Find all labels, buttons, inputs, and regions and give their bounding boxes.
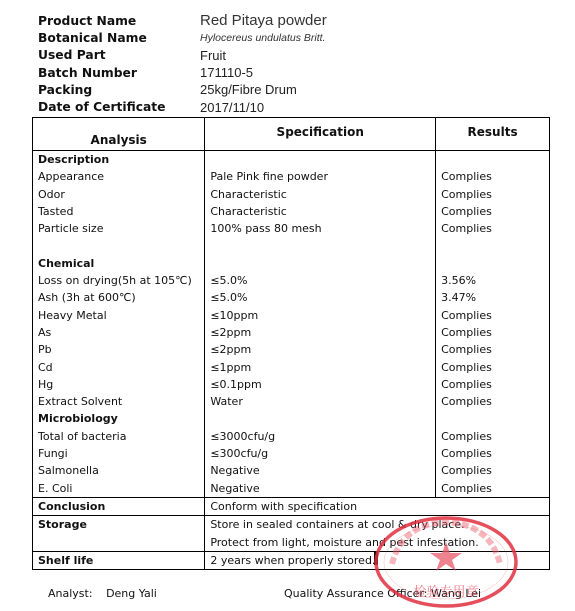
- table-row: TastedCharacteristicComplies: [33, 203, 550, 220]
- analysis-cell: As: [33, 324, 205, 341]
- table-row: SalmonellaNegativeComplies: [33, 462, 550, 479]
- botanical-name-row: Botanical Name Hylocereus undulatus Brit…: [38, 29, 327, 46]
- section-title: Chemical: [33, 255, 205, 272]
- result-cell: 3.47%: [436, 289, 550, 306]
- analysis-cell: Cd: [33, 359, 205, 376]
- botanical-name-value: Hylocereus undulatus Britt.: [200, 32, 325, 44]
- analysis-cell: Pb: [33, 341, 205, 358]
- result-cell: Complies: [436, 445, 550, 462]
- section-title: Microbiology: [33, 410, 205, 427]
- spec-cell: ≤5.0%: [205, 272, 436, 289]
- conclusion-value: Conform with specification: [205, 497, 550, 515]
- analysis-cell: Odor: [33, 186, 205, 203]
- table-row: Heavy Metal≤10ppmComplies: [33, 307, 550, 324]
- analysis-table: Analysis Specification Results Descripti…: [32, 117, 550, 570]
- result-cell: Complies: [436, 168, 550, 185]
- storage-line-2: Protect from light, moisture and pest in…: [210, 534, 549, 551]
- conclusion-row: Conclusion Conform with specification: [33, 497, 550, 515]
- spec-cell: ≤2ppm: [205, 324, 436, 341]
- shelf-life-label: Shelf life: [33, 551, 205, 569]
- result-cell: Complies: [436, 359, 550, 376]
- spec-cell: ≤1ppm: [205, 359, 436, 376]
- spec-cell: ≤5.0%: [205, 289, 436, 306]
- storage-row: Storage Store in sealed containers at co…: [33, 516, 550, 552]
- analysis-cell: Heavy Metal: [33, 307, 205, 324]
- packing-row: Packing 25kg/Fibre Drum: [38, 81, 327, 98]
- product-name-row: Product Name Red Pitaya powder: [38, 12, 327, 29]
- result-cell: Complies: [436, 307, 550, 324]
- table-row: Fungi≤300cfu/gComplies: [33, 445, 550, 462]
- used-part-label: Used Part: [38, 48, 200, 62]
- table-row: Cd≤1ppmComplies: [33, 359, 550, 376]
- result-cell: Complies: [436, 186, 550, 203]
- section-microbiology: Microbiology: [33, 410, 550, 427]
- table-row: As≤2ppmComplies: [33, 324, 550, 341]
- analyst-label: Analyst:: [48, 587, 93, 600]
- storage-line-1: Store in sealed containers at cool & dry…: [210, 516, 549, 533]
- table-row: Hg≤0.1ppmComplies: [33, 376, 550, 393]
- table-row: Pb≤2ppmComplies: [33, 341, 550, 358]
- date-value: 2017/11/10: [200, 100, 264, 115]
- date-label: Date of Certificate: [38, 100, 200, 114]
- spec-cell: ≤0.1ppm: [205, 376, 436, 393]
- analysis-cell: Hg: [33, 376, 205, 393]
- table-row: Loss on drying(5h at 105℃)≤5.0%3.56%: [33, 272, 550, 289]
- section-title: Description: [33, 151, 205, 169]
- spec-cell: ≤2ppm: [205, 341, 436, 358]
- date-row: Date of Certificate 2017/11/10: [38, 98, 327, 115]
- spec-cell: ≤10ppm: [205, 307, 436, 324]
- table-row: AppearancePale Pink fine powderComplies: [33, 168, 550, 185]
- table-row: Total of bacteria≤3000cfu/gComplies: [33, 428, 550, 445]
- analysis-cell: Ash (3h at 600℃): [33, 289, 205, 306]
- conclusion-label: Conclusion: [33, 497, 205, 515]
- table-row: E. ColiNegativeComplies: [33, 480, 550, 498]
- product-name-label: Product Name: [38, 14, 200, 28]
- result-cell: Complies: [436, 341, 550, 358]
- text-cursor: [374, 551, 378, 565]
- packing-label: Packing: [38, 83, 200, 97]
- result-cell: Complies: [436, 393, 550, 410]
- analysis-cell: Loss on drying(5h at 105℃): [33, 272, 205, 289]
- storage-label: Storage: [33, 516, 205, 552]
- column-header-results: Results: [436, 118, 550, 151]
- qa-label: Quality Assurance Officer:: [284, 587, 427, 600]
- spec-cell: Pale Pink fine powder: [205, 168, 436, 185]
- result-cell: Complies: [436, 203, 550, 220]
- spec-cell: Water: [205, 393, 436, 410]
- section-description: Description: [33, 151, 550, 169]
- analysis-cell: Extract Solvent: [33, 393, 205, 410]
- batch-number-label: Batch Number: [38, 66, 200, 80]
- analysis-cell: Tasted: [33, 203, 205, 220]
- table-row: Extract SolventWaterComplies: [33, 393, 550, 410]
- table-row: Particle size100% pass 80 meshComplies: [33, 220, 550, 237]
- analysis-cell: Particle size: [33, 220, 205, 237]
- qa-signature: Quality Assurance Officer: Wang Lei: [284, 587, 481, 600]
- column-header-analysis: Analysis: [33, 118, 205, 151]
- botanical-name-label: Botanical Name: [38, 31, 200, 45]
- result-cell: Complies: [436, 324, 550, 341]
- packing-value: 25kg/Fibre Drum: [200, 82, 297, 97]
- result-cell: Complies: [436, 462, 550, 479]
- result-cell: Complies: [436, 428, 550, 445]
- section-chemical: Chemical: [33, 255, 550, 272]
- analyst-name: Deng Yali: [106, 587, 157, 600]
- result-cell: Complies: [436, 480, 550, 498]
- product-header: Product Name Red Pitaya powder Botanical…: [38, 12, 327, 116]
- spec-cell: Negative: [205, 462, 436, 479]
- batch-number-value: 171110-5: [200, 65, 253, 80]
- spec-cell: Negative: [205, 480, 436, 498]
- used-part-row: Used Part Fruit: [38, 47, 327, 64]
- table-header-row: Analysis Specification Results: [33, 118, 550, 151]
- table-row: OdorCharacteristicComplies: [33, 186, 550, 203]
- analysis-cell: Salmonella: [33, 462, 205, 479]
- spec-cell: Characteristic: [205, 203, 436, 220]
- column-header-specification: Specification: [205, 118, 436, 151]
- spec-cell: ≤300cfu/g: [205, 445, 436, 462]
- batch-number-row: Batch Number 171110-5: [38, 64, 327, 81]
- result-cell: Complies: [436, 220, 550, 237]
- spec-cell: 100% pass 80 mesh: [205, 220, 436, 237]
- spec-cell: Characteristic: [205, 186, 436, 203]
- analysis-cell: Fungi: [33, 445, 205, 462]
- spec-cell: ≤3000cfu/g: [205, 428, 436, 445]
- storage-value: Store in sealed containers at cool & dry…: [205, 516, 550, 552]
- analysis-cell: E. Coli: [33, 480, 205, 498]
- analyst-signature: Analyst: Deng Yali: [48, 587, 157, 600]
- shelf-life-row: Shelf life 2 years when properly stored.: [33, 551, 550, 569]
- result-cell: Complies: [436, 376, 550, 393]
- used-part-value: Fruit: [200, 48, 226, 63]
- result-cell: 3.56%: [436, 272, 550, 289]
- qa-name: Wang Lei: [431, 587, 481, 600]
- table-row: Ash (3h at 600℃)≤5.0%3.47%: [33, 289, 550, 306]
- spacer-row: [33, 237, 550, 254]
- analysis-cell: Appearance: [33, 168, 205, 185]
- product-name-value: Red Pitaya powder: [200, 12, 327, 29]
- analysis-cell: Total of bacteria: [33, 428, 205, 445]
